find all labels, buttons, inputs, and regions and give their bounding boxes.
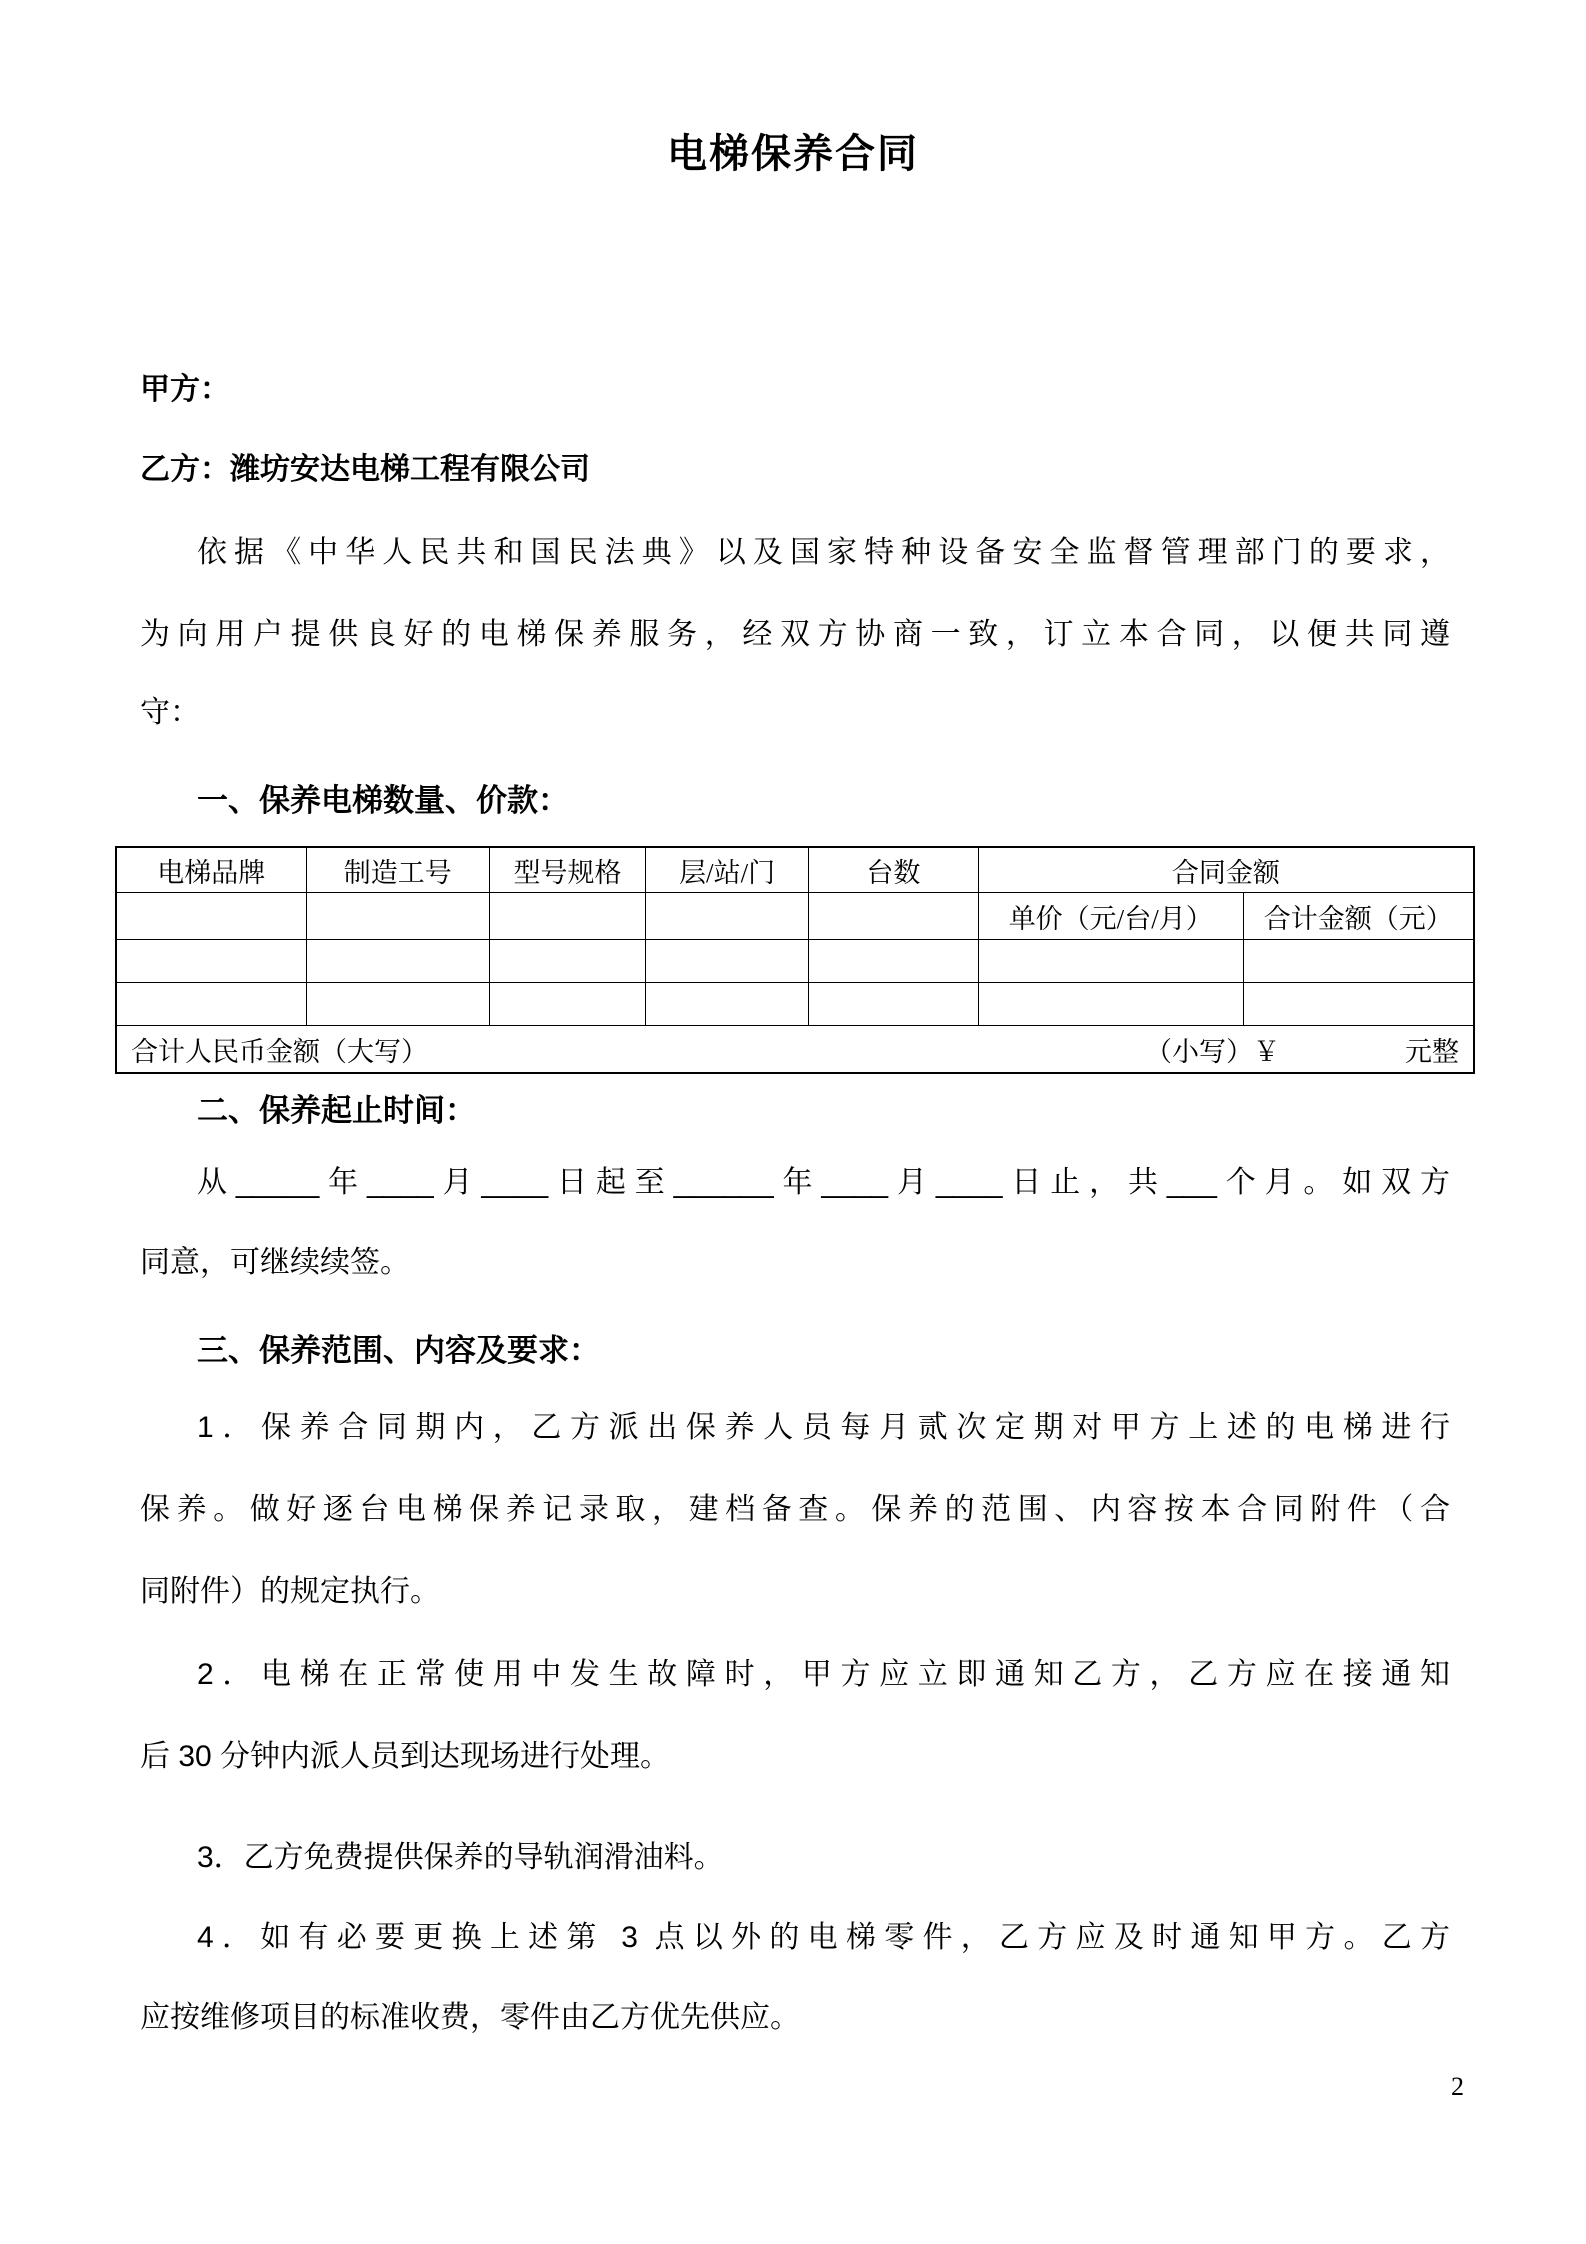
- empty-cell: [809, 940, 979, 983]
- col-header-work-no: 制造工号: [306, 847, 489, 893]
- footer-small-amount-label: （小写）￥: [1145, 1030, 1280, 1069]
- empty-cell: [116, 940, 306, 983]
- empty-cell: [1243, 940, 1474, 983]
- section-2-heading: 二、保养起止时间：: [197, 1085, 1450, 1130]
- empty-cell: [306, 983, 489, 1026]
- item-4-line-2: 应按维修项目的标准收费，零件由乙方优先供应。: [140, 1998, 1450, 2037]
- price-table: 电梯品牌 制造工号 型号规格 层/站/门 台数 合同金额 单价（元/台/月） 合…: [115, 846, 1475, 1074]
- page-number: 2: [140, 2072, 1464, 2102]
- subheader-unit-price: 单价（元/台/月）: [978, 893, 1243, 940]
- col-header-model: 型号规格: [489, 847, 645, 893]
- empty-cell: [978, 940, 1243, 983]
- item-2-line-1: 2．电梯在正常使用中发生故障时，甲方应立即通知乙方，乙方应在接通知: [197, 1655, 1450, 1694]
- section-3-heading: 三、保养范围、内容及要求：: [197, 1325, 1450, 1370]
- subheader-total-amount: 合计金额（元）: [1243, 893, 1474, 940]
- party-a-line: 甲方：: [140, 370, 1450, 409]
- empty-cell: [489, 940, 645, 983]
- table-header-row: 电梯品牌 制造工号 型号规格 层/站/门 台数 合同金额: [116, 847, 1474, 893]
- empty-cell: [116, 983, 306, 1026]
- table-row: [116, 983, 1474, 1026]
- intro-line-2: 为向用户提供良好的电梯保养服务，经双方协商一致，订立本合同，以便共同遵: [140, 615, 1450, 654]
- col-header-contract-amount: 合同金额: [978, 847, 1474, 893]
- footer-yuan-label: 元整: [1405, 1030, 1459, 1069]
- col-header-units: 台数: [809, 847, 979, 893]
- empty-cell: [1243, 983, 1474, 1026]
- empty-cell: [978, 983, 1243, 1026]
- item-3-line-1: 3．乙方免费提供保养的导轨润滑油料。: [197, 1838, 1450, 1877]
- page-title: 电梯保养合同: [0, 122, 1586, 179]
- contract-page: 电梯保养合同 甲方： 乙方：潍坊安达电梯工程有限公司 依据《中华人民共和国民法典…: [0, 0, 1586, 2244]
- item-1-line-1: 1．保养合同期内，乙方派出保养人员每月贰次定期对甲方上述的电梯进行: [197, 1408, 1450, 1447]
- col-header-floors: 层/站/门: [646, 847, 809, 893]
- empty-cell: [809, 893, 979, 940]
- term-line-2: 同意，可继续续签。: [140, 1243, 1450, 1282]
- empty-cell: [489, 893, 645, 940]
- section-1-heading: 一、保养电梯数量、价款：: [197, 775, 1450, 820]
- term-line-1: 从_____年____月____日起至______年____月____日止，共_…: [197, 1163, 1450, 1202]
- table-row: [116, 940, 1474, 983]
- item-4-line-1: 4．如有必要更换上述第 3 点以外的电梯零件，乙方应及时通知甲方。乙方: [197, 1918, 1450, 1957]
- intro-line-3: 守：: [140, 693, 1450, 732]
- empty-cell: [646, 893, 809, 940]
- empty-cell: [306, 893, 489, 940]
- col-header-brand: 电梯品牌: [116, 847, 306, 893]
- item-1-line-3: 同附件）的规定执行。: [140, 1572, 1450, 1611]
- empty-cell: [306, 940, 489, 983]
- party-b-line: 乙方：潍坊安达电梯工程有限公司: [140, 450, 1450, 489]
- empty-cell: [489, 983, 645, 1026]
- footer-total-cn-label: 合计人民币金额（大写）: [131, 1030, 428, 1069]
- empty-cell: [809, 983, 979, 1026]
- empty-cell: [646, 983, 809, 1026]
- table-subheader-row: 单价（元/台/月） 合计金额（元）: [116, 893, 1474, 940]
- intro-line-1: 依据《中华人民共和国民法典》以及国家特种设备安全监督管理部门的要求，: [197, 533, 1450, 572]
- empty-cell: [646, 940, 809, 983]
- item-2-line-2: 后 30 分钟内派人员到达现场进行处理。: [140, 1737, 1450, 1776]
- table-footer-row: 合计人民币金额（大写） （小写）￥ 元整: [116, 1026, 1474, 1074]
- empty-cell: [116, 893, 306, 940]
- item-1-line-2: 保养。做好逐台电梯保养记录取，建档备查。保养的范围、内容按本合同附件（合: [140, 1490, 1450, 1529]
